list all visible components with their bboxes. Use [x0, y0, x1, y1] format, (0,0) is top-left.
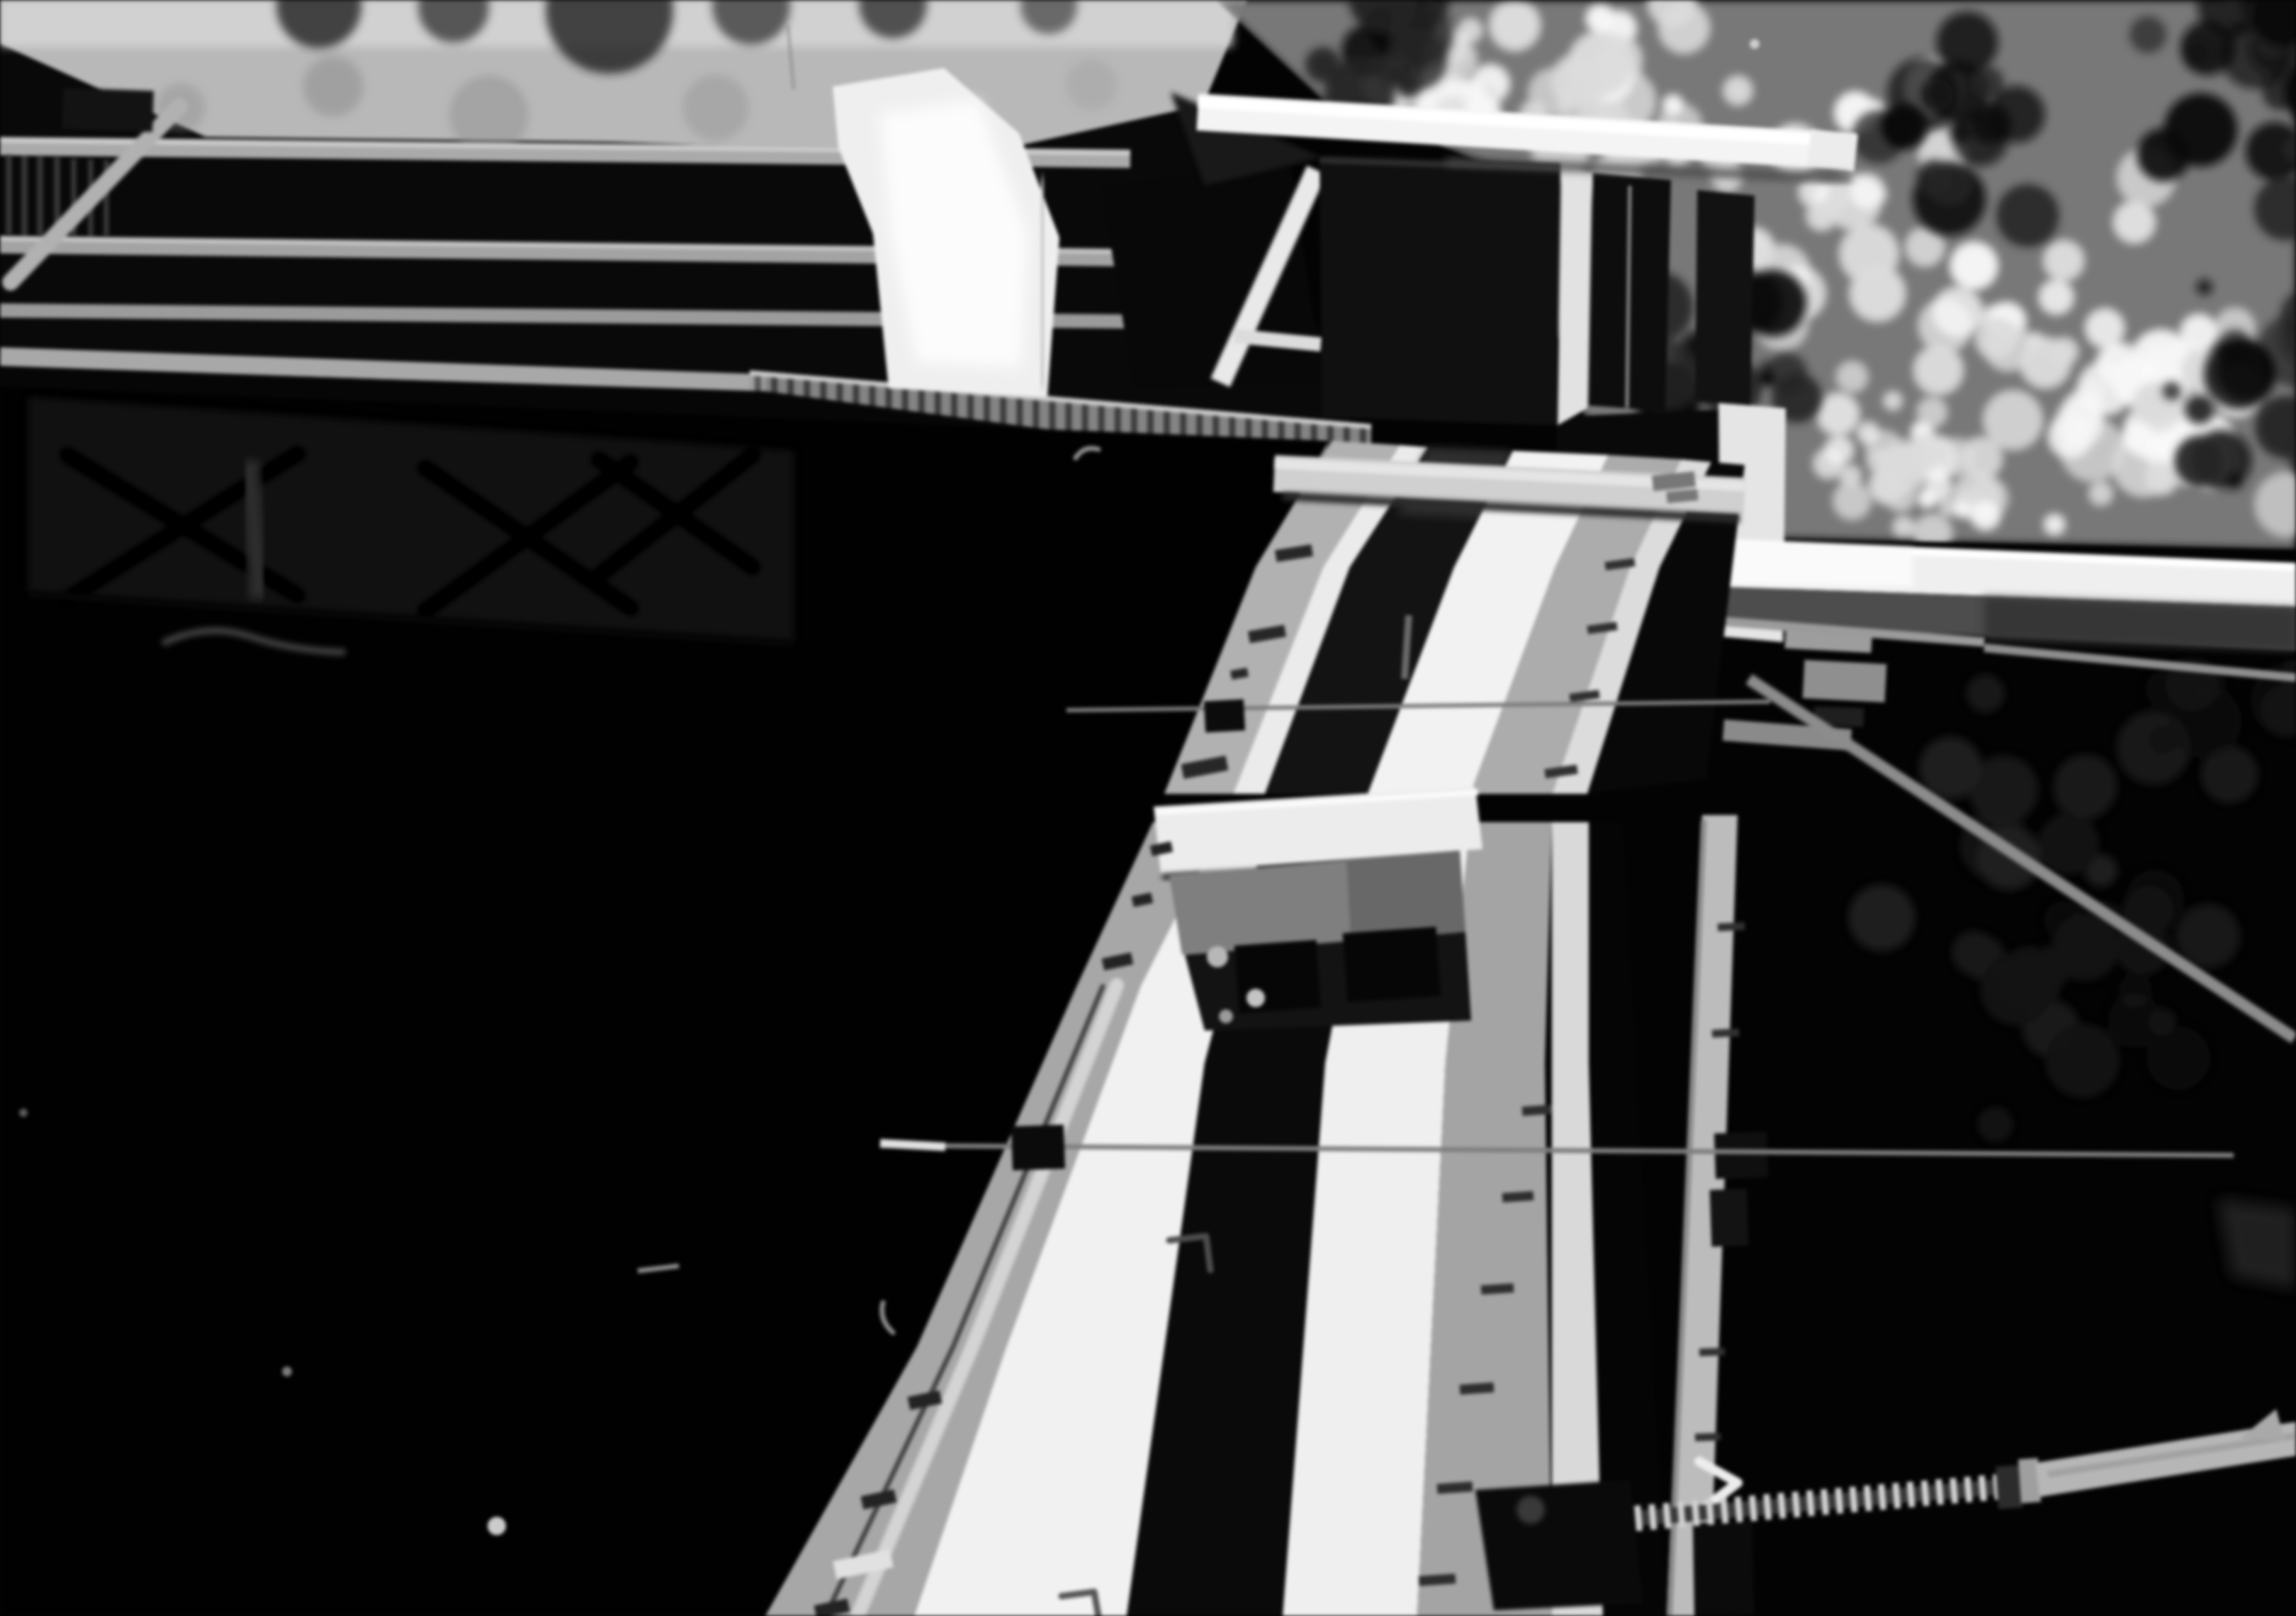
junction-dark-box-1 [1234, 940, 1321, 1014]
foliage-light-blob [1850, 174, 1884, 208]
foliage-light-blob [1825, 436, 1854, 464]
foliage-dark-blob [2174, 436, 2226, 488]
perp-ticks-tick [1695, 1432, 1721, 1441]
foliage-light-blob [1659, 2, 1710, 53]
foliage-light-blob [1837, 361, 1868, 393]
foliage-light-blob [1925, 474, 1952, 501]
panel-gap-sliver [1558, 164, 1592, 425]
foliage-light-blob [1867, 448, 1893, 474]
pit-right-rocks-blob [2108, 994, 2161, 1048]
foliage-dark-blob [1397, 72, 1422, 98]
ground-mottle-dot [303, 57, 363, 116]
foliage-light-blob [1587, 5, 1614, 33]
pit-right-rocks-blob [2176, 904, 2240, 968]
foliage-dark-blob [1949, 123, 1970, 144]
speck-bright-dot [1750, 39, 1760, 49]
perp-ticks-tick [1699, 1347, 1725, 1356]
photo-scene [0, 0, 2296, 1616]
board-end-stripes-tick [6, 155, 12, 234]
rod-clamp-block [1475, 1480, 1643, 1610]
foliage-dark-blob [2185, 395, 2214, 424]
foliage-light-blob [1857, 422, 1879, 444]
perp-clamp-3 [1693, 1522, 1754, 1616]
foliage-light-blob [1840, 465, 1861, 486]
foliage-dark-blob [2204, 339, 2275, 410]
speck-bright-dot [282, 1367, 292, 1376]
foliage-dark-blob [1928, 161, 1971, 205]
foliage-light-blob [2049, 415, 2093, 459]
foliage-dark-blob [1996, 184, 2059, 247]
head-strut-horizontal [1234, 336, 1321, 344]
junction-dark-box-2 [1343, 927, 1441, 1003]
tie-wire-lower-tip [880, 1143, 945, 1147]
perp-ticks-tick [1718, 922, 1745, 931]
foliage-light-blob [2044, 515, 2064, 534]
foliage-light-blob [1983, 391, 2042, 449]
foliage-light-blob [1917, 397, 1947, 427]
junction-white-specks-dot [1247, 989, 1265, 1007]
wire-clip-lower [1011, 1125, 1065, 1171]
foliage-light-blob [1933, 287, 1983, 337]
foliage-light-blob [2097, 344, 2134, 381]
foliage-light-blob [2089, 482, 2112, 505]
junction-white-specks-dot [1207, 946, 1228, 967]
foliage-light-blob [1833, 482, 1871, 520]
foliage-light-blob [1458, 18, 1482, 42]
foliage-light-blob [2020, 337, 2071, 388]
foliage-dark-blob [1887, 57, 1959, 130]
foliage-light-blob [2039, 280, 2073, 314]
foliage-light-blob [2086, 309, 2124, 347]
long-plank-end [1807, 129, 1858, 172]
head-dark-opening [1101, 164, 1324, 388]
junction-under-gray-shade [1346, 851, 1465, 941]
foliage-light-blob [1817, 393, 1859, 436]
form-panel-3 [1695, 190, 1755, 405]
foliage-dark-blob [2162, 381, 2180, 400]
foliage-light-blob [2114, 201, 2156, 243]
foliage-dark-blob [2129, 16, 2166, 53]
dark-box-upper-left [62, 88, 154, 132]
rod-clamp-highlight-dot [1516, 1496, 1545, 1524]
board-end-stripes-tick [21, 156, 28, 235]
foliage-light-blob [2144, 461, 2178, 495]
pit-right-rocks-blob [1966, 675, 2004, 712]
pit-right-rocks-blob [2126, 870, 2184, 928]
foliage-light-blob [1954, 501, 1970, 517]
pit-right-rocks-blob [2054, 754, 2117, 817]
foliage-light-blob [1886, 482, 1915, 512]
foliage-light-blob [1971, 501, 2000, 529]
perp-clamp-2 [1710, 1189, 1749, 1247]
form-panel-dark [1319, 155, 1560, 425]
foliage-light-blob [1840, 225, 1898, 284]
foliage-dark-blob [1305, 47, 1341, 83]
foliage-light-blob [1893, 443, 1930, 479]
pit-right-rocks-blob [1969, 756, 2038, 824]
foliage-light-blob [1938, 439, 1975, 476]
rod-clamp-highlight [1516, 1496, 1545, 1524]
foliage-dark-blob [2197, 279, 2212, 295]
wall-light-streak [249, 461, 259, 599]
foliage-light-blob [2122, 422, 2154, 453]
foliage-light-blob [2180, 315, 2217, 352]
construction-site-photo [0, 0, 2296, 1616]
corner-step-2 [1803, 660, 1887, 702]
pit-right-rocks-blob [2038, 814, 2099, 875]
pit-right-rocks-blob [1849, 885, 1915, 951]
white-wedge-shade [1042, 177, 1043, 388]
speck-bright-dot [488, 1517, 506, 1535]
pit-right-rocks-blob [2030, 946, 2071, 988]
foliage-dark-blob [2180, 21, 2235, 75]
board-end-stripes-tick [37, 157, 43, 235]
ground-mottle-dot [1066, 60, 1117, 111]
foliage-light-blob [1914, 345, 1964, 395]
foliage-light-blob [2044, 240, 2084, 281]
perp-clamp-1 [1714, 1132, 1768, 1179]
foliage-light-blob [1723, 76, 1752, 105]
foliage-light-blob [1663, 95, 1683, 115]
ground-mottle-dot [683, 75, 748, 140]
foliage-light-blob [1893, 517, 1914, 538]
pit-right-rocks-blob [2046, 1023, 2120, 1097]
foliage-light-blob [1490, 0, 1541, 50]
perp-ticks-tick [1712, 1028, 1740, 1038]
foliage-dark-blob [2137, 128, 2190, 181]
junction-white-specks-dot [1219, 1009, 1233, 1023]
channel-interior-post [1405, 615, 1409, 679]
foliage-dark-blob [1937, 11, 1998, 73]
foliage-dark-blob [1973, 67, 2004, 98]
foliage-light-blob [1950, 242, 1997, 289]
speck-bright-dot [19, 1109, 28, 1117]
pit-right-rocks-blob [1978, 1107, 2013, 1143]
foliage-light-blob [1884, 392, 1901, 410]
foliage-light-blob [1579, 77, 1605, 103]
rod-coupler-dark [1996, 1465, 2022, 1509]
wire-clip-upper [1204, 700, 1245, 733]
